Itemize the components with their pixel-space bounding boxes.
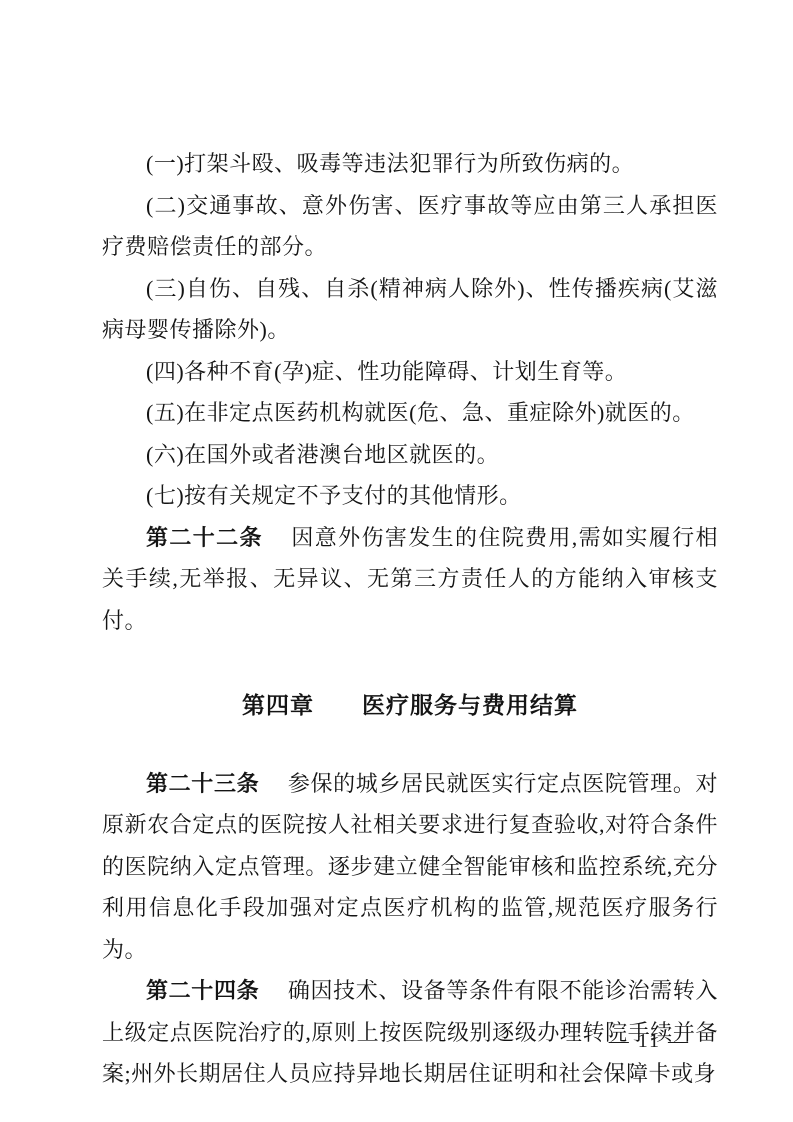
clause-item-5: (五)在非定点医药机构就医(危、急、重症除外)就医的。 <box>102 392 718 434</box>
clause-item-6: (六)在国外或者港澳台地区就医的。 <box>102 434 718 476</box>
article-23-paragraph: 第二十三条参保的城乡居民就医实行定点医院管理。对原新农合定点的医院按人社相关要求… <box>102 763 718 971</box>
page-number: — 11 — <box>609 1028 690 1054</box>
clause-item-1: (一)打架斗殴、吸毒等违法犯罪行为所致伤病的。 <box>102 143 718 185</box>
document-body: (一)打架斗殴、吸毒等违法犯罪行为所致伤病的。 (二)交通事故、意外伤害、医疗事… <box>102 143 718 1095</box>
document-page: (一)打架斗殴、吸毒等违法犯罪行为所致伤病的。 (二)交通事故、意外伤害、医疗事… <box>0 0 793 1122</box>
clause-item-2: (二)交通事故、意外伤害、医疗事故等应由第三人承担医疗费赔偿责任的部分。 <box>102 185 718 268</box>
article-22-paragraph: 第二十二条因意外伤害发生的住院费用,需如实履行相关手续,无举报、无异议、无第三方… <box>102 517 718 642</box>
clause-item-3: (三)自伤、自残、自杀(精神病人除外)、性传播疾病(艾滋病母婴传播除外)。 <box>102 268 718 351</box>
article-23-number: 第二十三条 <box>146 771 259 796</box>
article-24-number: 第二十四条 <box>146 978 259 1003</box>
article-23-text: 参保的城乡居民就医实行定点医院管理。对原新农合定点的医院按人社相关要求进行复查验… <box>102 771 718 962</box>
clause-item-7: (七)按有关规定不予支付的其他情形。 <box>102 475 718 517</box>
article-22-number: 第二十二条 <box>146 525 263 550</box>
chapter-heading: 第四章 医疗服务与费用结算 <box>102 685 718 727</box>
clause-item-4: (四)各种不育(孕)症、性功能障碍、计划生育等。 <box>102 351 718 393</box>
